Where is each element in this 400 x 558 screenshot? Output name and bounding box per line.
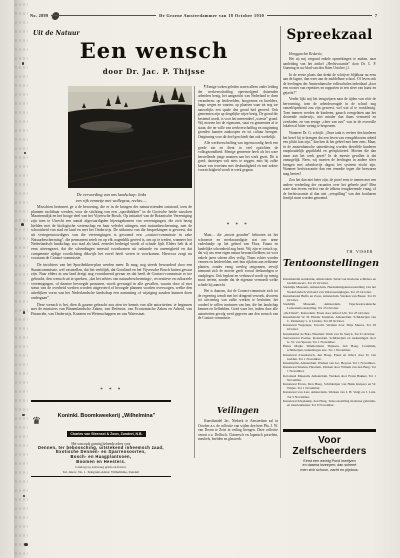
scan-speck bbox=[22, 414, 25, 416]
exhibition-listing: Kunsthandel W. H. Helder Teelman, Amster… bbox=[283, 315, 376, 323]
newspaper-page: No. 2889 De Groene Amsterdammer van 18 O… bbox=[0, 0, 400, 558]
spreekzaal-paragraphs: Het zij mij vergund enkele opmerkingen t… bbox=[283, 57, 376, 247]
section-separator: * * * bbox=[198, 223, 278, 228]
exhibition-listing: Kunsthandel Buffa en Zoon, Amsterdam. We… bbox=[283, 294, 376, 302]
exhibition-listing: Stedelijk Museum, Amsterdam. Herdenkings… bbox=[283, 285, 376, 293]
exhibition-listing: Kunstzaal d'Audretsch, den Haag. Etsen e… bbox=[283, 353, 376, 361]
nursery-ad-header-text: Koninkl. Boomkweekerij „Wilhelmina” Char… bbox=[43, 404, 170, 440]
column-rule-left bbox=[194, 86, 195, 458]
article-column-middle-bottom: Maar.... die „mooie gronden” behooren to… bbox=[198, 233, 278, 383]
nursery-ad-body: Het van ouds gunstig bekende adres voor … bbox=[32, 442, 170, 474]
nursery-ad-header: ♛ Koninkl. Boomkweekerij „Wilhelmina” Ch… bbox=[32, 404, 170, 440]
scan-speck bbox=[21, 223, 24, 226]
nursery-name: Koninkl. Boomkweekerij „Wilhelmina” bbox=[58, 413, 156, 419]
header-rule-left bbox=[51, 15, 156, 16]
scan-speck bbox=[23, 495, 25, 497]
exhibition-listing: Kunstzaal Wegenaar, Utrecht. Werken door… bbox=[283, 323, 376, 331]
exhibition-listing: Kunstzaal Kleykamp, den Haag. Tentoonste… bbox=[283, 399, 376, 407]
nursery-advertisement: ♛ Koninkl. Boomkweekerij „Wilhelmina” Ch… bbox=[31, 400, 171, 477]
spreekzaal-paragraph: Het zij mij vergund enkele opmerkingen t… bbox=[283, 57, 376, 71]
header-rule-right bbox=[267, 15, 372, 16]
article-byline: door Dr. Jac. P. Thijsse bbox=[30, 67, 278, 76]
exhibition-listings: Kunsthandel Aalderink, Amsterdam. Werk v… bbox=[283, 277, 376, 427]
tentoonstellingen-heading: Tentoonstellingen bbox=[283, 258, 376, 269]
nursery-contact-line: Tel. interc. No. 1. Telegram-Adres: Wilh… bbox=[32, 470, 170, 474]
scan-speck bbox=[24, 543, 28, 546]
exhibition-listing: Kunstzaal Erven, Den Haag. Schilderijen … bbox=[283, 382, 376, 390]
issue-number: No. 2889 bbox=[30, 13, 48, 18]
scan-speck bbox=[22, 62, 24, 65]
veilingen-heading: Veilingen bbox=[198, 405, 278, 415]
article-paragraph: ¶ Eenige weken geleden waren alleen onde… bbox=[198, 85, 278, 139]
exhibition-listing: Kunstzaal Smelen, Haarlem. Werken door W… bbox=[283, 365, 376, 373]
spreekzaal-paragraph: Verder lijkt mij het terugwijzen naar de… bbox=[283, 97, 376, 129]
exhibition-listing: Koloniaal Museum, Amsterdam. Werken door… bbox=[283, 374, 376, 382]
veilingen-text: Kunsthandel Jac. Niekerk te Amsterdam za… bbox=[198, 419, 278, 457]
page-number: 7 bbox=[375, 13, 377, 18]
exhibition-listing: Kunstzaal van Lier, Amsterdam. Werken va… bbox=[283, 390, 376, 398]
article-paragraph: De inrichters van het Sportbekken-plan w… bbox=[31, 263, 192, 300]
article-column-left: Misschien herinnert ge u de beroering, d… bbox=[31, 205, 192, 386]
exhibition-listing: Huize Majke Timmermans Thijssen, den Haa… bbox=[283, 344, 376, 352]
page-header: No. 2889 De Groene Amsterdammer van 18 O… bbox=[30, 13, 377, 18]
exhibition-listing: Kunsthandel Aalderink, Amsterdam. Werk v… bbox=[283, 277, 376, 285]
article-paragraph: Misschien herinnert ge u de beroering, d… bbox=[31, 205, 192, 261]
article-column-middle-top: ¶ Eenige weken geleden waren alleen onde… bbox=[198, 85, 278, 223]
spreekzaal-heading: Spreekzaal bbox=[283, 27, 376, 43]
masthead-dateline: De Groene Amsterdammer van 18 October 19… bbox=[159, 13, 264, 18]
article-paragraph: Alle werkverschaffing van tegenwoordig h… bbox=[198, 141, 278, 173]
scan-speck bbox=[23, 311, 25, 314]
scan-binding-gutter bbox=[14, 0, 28, 558]
nursery-owner: Charles van Steensel & Zoon, Zundert, N.… bbox=[67, 431, 145, 436]
column-rule-right bbox=[280, 26, 281, 458]
landscape-photo-image bbox=[68, 86, 192, 188]
article-paragraph: Maar.... die „mooie gronden” behooren to… bbox=[198, 233, 278, 287]
article-headline: Een wensch bbox=[30, 40, 278, 62]
landscape-photo bbox=[68, 86, 192, 188]
shaving-ad-line: men zich schoon, zacht en pijnloos. bbox=[283, 468, 376, 473]
letter-signature: TH. VISSER bbox=[283, 249, 373, 254]
shaving-advertisement: Voor Zelfscheerders Eerst een weinig Pur… bbox=[283, 429, 376, 472]
article-paragraph: Deze wensch is het, dien ik gaarne gebra… bbox=[31, 303, 192, 317]
exhibition-listing: Stedelijk Museum, Amsterdam. Tsjechoslow… bbox=[283, 302, 376, 310]
nursery-ad-products: Dennen, ter bebossching, uitstekend inhe… bbox=[32, 446, 170, 466]
scan-speck bbox=[24, 152, 26, 154]
crown-icon: ♛ bbox=[32, 417, 41, 427]
shaving-ad-title: Voor Zelfscheerders bbox=[283, 435, 376, 457]
nursery-ad-contact: Catalogi op aanvraag gratis en franco.Te… bbox=[32, 465, 170, 474]
veilingen-paragraph: Kunsthandel Jac. Niekerk te Amsterdam za… bbox=[198, 419, 278, 442]
section-kicker: Uit de Natuur bbox=[33, 30, 80, 37]
photo-caption-line2: een rijk vennetje met wollegras, rechts.… bbox=[31, 198, 192, 204]
article-paragraph: Het is daarom, dat de Contact-commissie … bbox=[198, 289, 278, 321]
spreekzaal-paragraph: In de eerste plaats dan denkt de schrijv… bbox=[283, 73, 376, 96]
exhibition-listing: Tentoonzaal Poelier, Rotterdam. Schilder… bbox=[283, 336, 376, 344]
shaving-ad-body: Eerst een weinig Purol inwrijvenen daarn… bbox=[283, 459, 376, 473]
spreekzaal-paragraph: Wanneer Dr. G. schrijft: „Onze taak is v… bbox=[283, 131, 376, 176]
photo-caption: De verwording van ons landschap: links e… bbox=[31, 192, 192, 203]
spreekzaal-paragraph: Zou het dan niet beter zijn, de proef ee… bbox=[283, 178, 376, 201]
spreekzaal-salutation: Hooggeachte Redactie, bbox=[283, 52, 376, 57]
section-separator: * * * bbox=[31, 388, 192, 393]
